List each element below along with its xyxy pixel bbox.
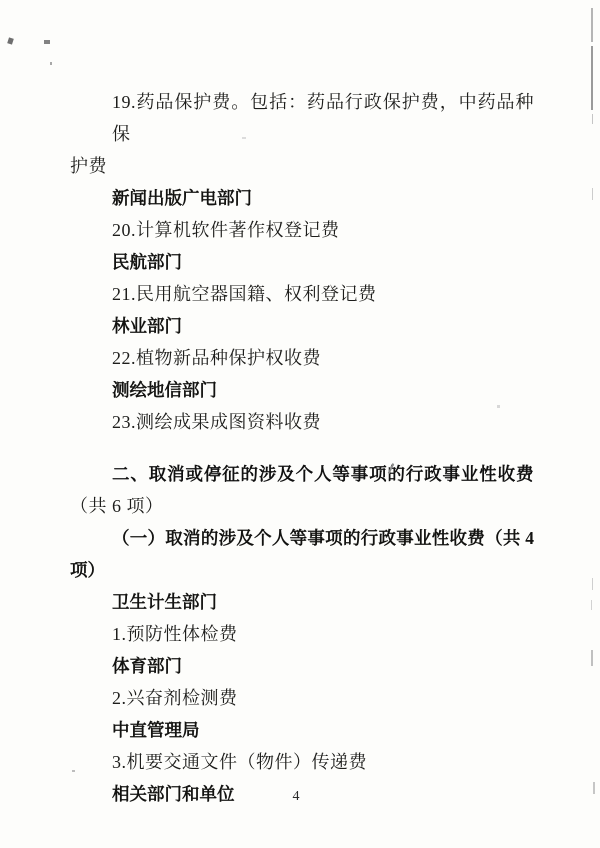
scan-speck: [44, 40, 50, 44]
section-heading: 二、取消或停征的涉及个人等事项的行政事业性收费: [70, 458, 534, 490]
department-heading: 民航部门: [70, 246, 534, 278]
scan-edge-line: [593, 782, 595, 794]
fee-item: 22.植物新品种保护权收费: [70, 342, 534, 374]
fee-item: 20.计算机软件著作权登记费: [70, 214, 534, 246]
scan-edge-line: [591, 600, 592, 610]
fee-item: 21.民用航空器国籍、权利登记费: [70, 278, 534, 310]
subsection-heading: （一）取消的涉及个人等事项的行政事业性收费（共 4: [70, 522, 534, 554]
scan-edge-line: [591, 650, 593, 666]
section-heading-continuation: （共 6 项）: [70, 490, 534, 522]
scan-edge-line: [592, 578, 593, 590]
department-heading: 体育部门: [70, 650, 534, 682]
department-heading: 卫生计生部门: [70, 586, 534, 618]
scan-speck: [242, 137, 246, 139]
scan-edge-line: [592, 114, 593, 124]
scan-speck: [50, 62, 52, 65]
fee-item: 2.兴奋剂检测费: [70, 682, 534, 714]
department-heading: 中直管理局: [70, 714, 534, 746]
subsection-heading-continuation: 项）: [70, 554, 534, 586]
document-body: 19.药品保护费。包括：药品行政保护费，中药品种保 护费 新闻出版广电部门 20…: [0, 0, 600, 810]
scan-edge-line: [592, 188, 593, 200]
scan-edge-line: [591, 8, 593, 42]
scanned-document-page: 19.药品保护费。包括：药品行政保护费，中药品种保 护费 新闻出版广电部门 20…: [0, 0, 600, 848]
department-heading: 测绘地信部门: [70, 374, 534, 406]
scan-speck: [497, 405, 500, 408]
scan-edge-line: [591, 46, 593, 110]
fee-item: 3.机要交通文件（物件）传递费: [70, 746, 534, 778]
fee-item-continuation: 护费: [70, 150, 534, 182]
fee-item: 1.预防性体检费: [70, 618, 534, 650]
scan-speck: [72, 770, 75, 772]
fee-item: 19.药品保护费。包括：药品行政保护费，中药品种保: [70, 86, 534, 150]
department-heading: 林业部门: [70, 310, 534, 342]
department-heading: 新闻出版广电部门: [70, 182, 534, 214]
page-number: 4: [0, 789, 592, 805]
fee-item: 23.测绘成果成图资料收费: [70, 406, 534, 438]
